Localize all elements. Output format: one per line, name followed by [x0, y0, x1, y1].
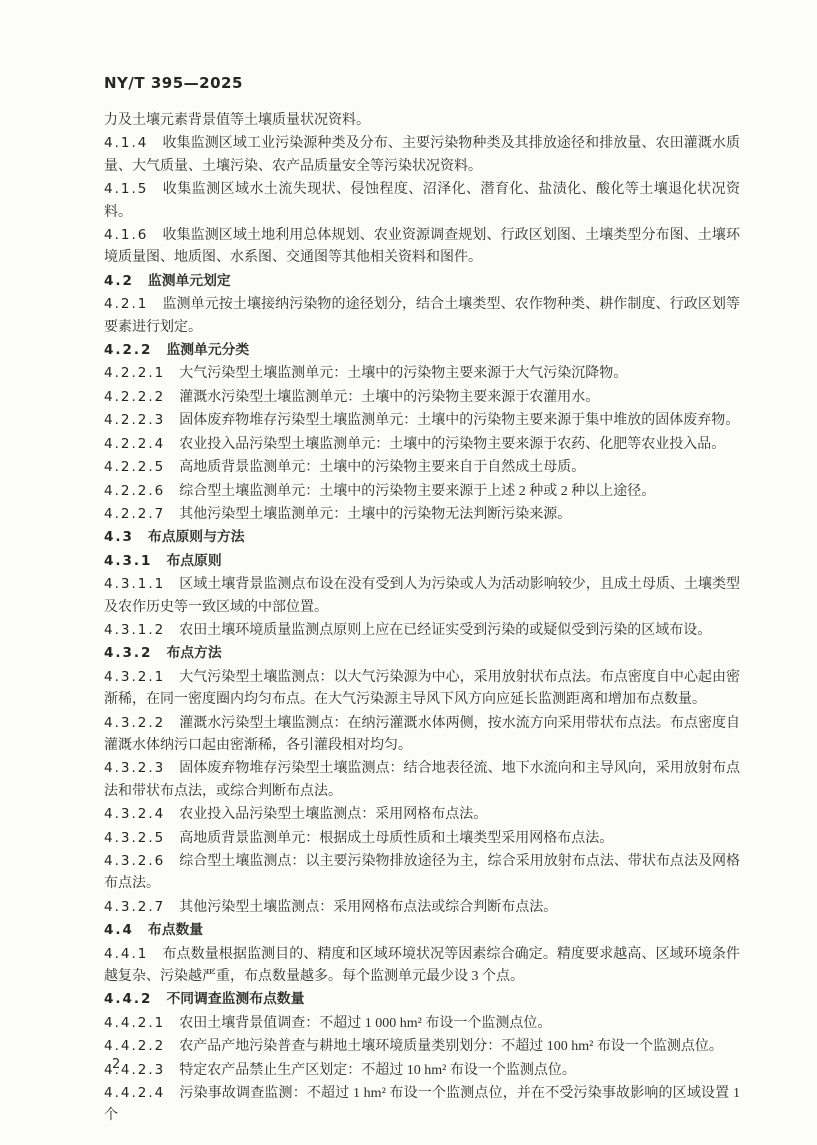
clause-text: 灌溉水污染型土壤监测点：在纳污灌溉水体两侧，按水流方向采用带状布点法。布点密度自… [104, 716, 740, 753]
clause-number: 4.2.2.1 [104, 365, 179, 381]
section-heading: 4.3.1布点原则 [104, 550, 740, 573]
clause-text: 大气污染型土壤监测点：以大气污染源为中心，采用放射状布点法。布点密度自中心起由密… [104, 670, 740, 707]
clause-text: 农产品产地污染普查与耕地土壤环境质量类别划分：不超过 100 hm² 布设一个监… [179, 1039, 723, 1054]
clause-text: 监测单元分类 [166, 342, 249, 358]
clause-number: 4.3.2 [104, 645, 166, 661]
clause-paragraph: 4.2.2.4农业投入品污染型土壤监测单元：土壤中的污染物主要来源于农药、化肥等… [104, 433, 740, 456]
clause-text: 收集监测区域工业污染源种类及分布、主要污染物种类及其排放途径和排放量、农田灌溉水… [104, 136, 740, 173]
clause-paragraph: 4.2.2.6综合型土壤监测单元：土壤中的污染物主要来源于上述 2 种或 2 种… [104, 480, 740, 503]
clause-number: 4.1.4 [104, 135, 162, 151]
clause-text: 农业投入品污染型土壤监测单元：土壤中的污染物主要来源于农药、化肥等农业投入品。 [179, 437, 725, 452]
clause-number: 4.3.1.1 [104, 576, 179, 592]
clause-text: 农田土壤背景值调查：不超过 1 000 hm² 布设一个监测点位。 [179, 1016, 551, 1031]
document-body: 力及土壤元素背景值等土壤质量状况资料。4.1.4收集监测区域工业污染源种类及分布… [104, 110, 740, 1128]
clause-number: 4.2.2.6 [104, 483, 179, 499]
section-heading: 4.2监测单元划定 [104, 270, 740, 293]
clause-number: 4.1.5 [104, 181, 162, 197]
clause-number: 4.2.2.5 [104, 459, 179, 475]
clause-number: 4.1.6 [104, 227, 162, 243]
clause-text: 力及土壤元素背景值等土壤质量状况资料。 [104, 113, 370, 128]
clause-text: 高地质背景监测单元：土壤中的污染物主要来自于自然成土母质。 [179, 460, 585, 475]
clause-paragraph: 4.3.1.1区域土壤背景监测点布设在没有受到人为污染或人为活动影响较少，且成土… [104, 573, 740, 619]
clause-text: 固体废弃物堆存污染型土壤监测点：结合地表径流、地下水流向和主导风向，采用放射布点… [104, 761, 740, 798]
clause-number: 4.3.1 [104, 553, 166, 569]
clause-paragraph: 4.4.1布点数量根据监测目的、精度和区域环境状况等因素综合确定。精度要求越高、… [104, 943, 740, 989]
document-page: NY/T 395—2025 力及土壤元素背景值等土壤质量状况资料。4.1.4收集… [0, 0, 817, 1145]
clause-text: 固体废弃物堆存污染型土壤监测单元：土壤中的污染物主要来源于集中堆放的固体废弃物。 [179, 413, 739, 428]
clause-text: 收集监测区域水土流失现状、侵蚀程度、沼泽化、潜育化、盐渍化、酸化等土壤退化状况资… [104, 182, 740, 219]
clause-text: 布点数量 [148, 922, 203, 938]
clause-text: 大气污染型土壤监测单元：土壤中的污染物主要来源于大气污染沉降物。 [179, 366, 627, 381]
clause-paragraph: 4.2.2.7其他污染型土壤监测单元：土壤中的污染物无法判断污染来源。 [104, 503, 740, 526]
clause-number: 4.3 [104, 529, 148, 545]
clause-paragraph: 4.2.2.2灌溉水污染型土壤监测单元：土壤中的污染物主要来源于农灌用水。 [104, 386, 740, 409]
clause-paragraph: 力及土壤元素背景值等土壤质量状况资料。 [104, 110, 740, 132]
clause-paragraph: 4.2.2.1大气污染型土壤监测单元：土壤中的污染物主要来源于大气污染沉降物。 [104, 362, 740, 385]
clause-number: 4.4.1 [104, 946, 162, 962]
clause-number: 4.2 [104, 273, 148, 289]
clause-paragraph: 4.2.2.5高地质背景监测单元：土壤中的污染物主要来自于自然成土母质。 [104, 456, 740, 479]
section-heading: 4.3布点原则与方法 [104, 526, 740, 549]
clause-number: 4.2.2.2 [104, 389, 179, 405]
section-heading: 4.3.2布点方法 [104, 642, 740, 665]
clause-paragraph: 4.4.2.1农田土壤背景值调查：不超过 1 000 hm² 布设一个监测点位。 [104, 1012, 740, 1035]
clause-paragraph: 4.3.2.6综合型土壤监测点：以主要污染物排放途径为主，综合采用放射布点法、带… [104, 850, 740, 896]
clause-text: 布点原则 [166, 553, 221, 569]
clause-paragraph: 4.4.2.2农产品产地污染普查与耕地土壤环境质量类别划分：不超过 100 hm… [104, 1035, 740, 1058]
clause-number: 4.3.2.1 [104, 669, 179, 685]
clause-paragraph: 4.2.1监测单元按土壤接纳污染物的途径划分，结合土壤类型、农作物种类、耕作制度… [104, 293, 740, 339]
clause-number: 4.3.2.3 [104, 760, 179, 776]
clause-text: 污染事故调查监测：不超过 1 hm² 布设一个监测点位，并在不受污染事故影响的区… [104, 1086, 740, 1123]
clause-number: 4.4.2.1 [104, 1015, 179, 1031]
clause-paragraph: 4.3.2.2灌溉水污染型土壤监测点：在纳污灌溉水体两侧，按水流方向采用带状布点… [104, 712, 740, 758]
clause-text: 综合型土壤监测点：以主要污染物排放途径为主，综合采用放射布点法、带状布点法及网格… [104, 854, 740, 891]
clause-text: 其他污染型土壤监测单元：土壤中的污染物无法判断污染来源。 [179, 507, 571, 522]
clause-text: 区域土壤背景监测点布设在没有受到人为污染或人为活动影响较少，且成土母质、土壤类型… [104, 577, 740, 614]
clause-text: 农业投入品污染型土壤监测点：采用网格布点法。 [179, 807, 487, 822]
clause-paragraph: 4.3.2.3固体废弃物堆存污染型土壤监测点：结合地表径流、地下水流向和主导风向… [104, 757, 740, 803]
clause-text: 灌溉水污染型土壤监测单元：土壤中的污染物主要来源于农灌用水。 [179, 390, 599, 405]
clause-text: 布点方法 [166, 645, 221, 661]
clause-text: 监测单元划定 [148, 273, 231, 289]
clause-paragraph: 4.4.2.3特定农产品禁止生产区划定：不超过 10 hm² 布设一个监测点位。 [104, 1059, 740, 1082]
clause-paragraph: 4.4.2.4污染事故调查监测：不超过 1 hm² 布设一个监测点位，并在不受污… [104, 1082, 740, 1128]
clause-number: 4.2.2.3 [104, 412, 179, 428]
clause-number: 4.2.2 [104, 342, 166, 358]
clause-text: 收集监测区域土地利用总体规划、农业资源调查规划、行政区划图、土壤类型分布图、土壤… [104, 228, 740, 265]
clause-text: 其他污染型土壤监测点：采用网格布点法或综合判断布点法。 [179, 900, 557, 915]
clause-number: 4.3.2.4 [104, 806, 179, 822]
clause-text: 监测单元按土壤接纳污染物的途径划分，结合土壤类型、农作物种类、耕作制度、行政区划… [104, 297, 740, 334]
clause-paragraph: 4.1.4收集监测区域工业污染源种类及分布、主要污染物种类及其排放途径和排放量、… [104, 132, 740, 178]
clause-number: 4.4.2.2 [104, 1038, 179, 1054]
clause-text: 高地质背景监测单元：根据成土母质性质和土壤类型采用网格布点法。 [179, 831, 613, 846]
clause-number: 4.3.2.5 [104, 830, 179, 846]
clause-paragraph: 4.3.1.2农田土壤环境质量监测点原则上应在已经证实受到污染的或疑似受到污染的… [104, 619, 740, 642]
clause-number: 4.2.1 [104, 296, 162, 312]
clause-number: 4.3.2.2 [104, 715, 179, 731]
clause-number: 4.2.2.7 [104, 506, 179, 522]
clause-number: 4.4.2.4 [104, 1085, 179, 1101]
clause-paragraph: 4.1.6收集监测区域土地利用总体规划、农业资源调查规划、行政区划图、土壤类型分… [104, 224, 740, 270]
clause-text: 农田土壤环境质量监测点原则上应在已经证实受到污染的或疑似受到污染的区域布设。 [179, 623, 711, 638]
clause-number: 4.4 [104, 922, 148, 938]
clause-number: 4.3.2.6 [104, 853, 179, 869]
clause-paragraph: 4.1.5收集监测区域水土流失现状、侵蚀程度、沼泽化、潜育化、盐渍化、酸化等土壤… [104, 178, 740, 224]
clause-text: 特定农产品禁止生产区划定：不超过 10 hm² 布设一个监测点位。 [179, 1063, 576, 1078]
clause-text: 综合型土壤监测单元：土壤中的污染物主要来源于上述 2 种或 2 种以上途径。 [179, 484, 655, 499]
clause-text: 布点数量根据监测目的、精度和区域环境状况等因素综合确定。精度要求越高、区域环境条… [104, 947, 740, 984]
clause-number: 4.4.2 [104, 991, 166, 1007]
clause-text: 不同调查监测布点数量 [166, 991, 304, 1007]
clause-text: 布点原则与方法 [148, 529, 245, 545]
clause-number: 4.3.1.2 [104, 622, 179, 638]
section-heading: 4.4布点数量 [104, 919, 740, 942]
clause-paragraph: 4.3.2.4农业投入品污染型土壤监测点：采用网格布点法。 [104, 803, 740, 826]
clause-number: 4.3.2.7 [104, 899, 179, 915]
section-heading: 4.4.2不同调查监测布点数量 [104, 988, 740, 1011]
page-number: 2 [112, 1057, 120, 1072]
clause-number: 4.2.2.4 [104, 436, 179, 452]
standard-number-header: NY/T 395—2025 [104, 74, 243, 92]
section-heading: 4.2.2监测单元分类 [104, 339, 740, 362]
clause-paragraph: 4.2.2.3固体废弃物堆存污染型土壤监测单元：土壤中的污染物主要来源于集中堆放… [104, 409, 740, 432]
clause-paragraph: 4.3.2.7其他污染型土壤监测点：采用网格布点法或综合判断布点法。 [104, 896, 740, 919]
clause-paragraph: 4.3.2.5高地质背景监测单元：根据成土母质性质和土壤类型采用网格布点法。 [104, 827, 740, 850]
clause-paragraph: 4.3.2.1大气污染型土壤监测点：以大气污染源为中心，采用放射状布点法。布点密… [104, 666, 740, 712]
